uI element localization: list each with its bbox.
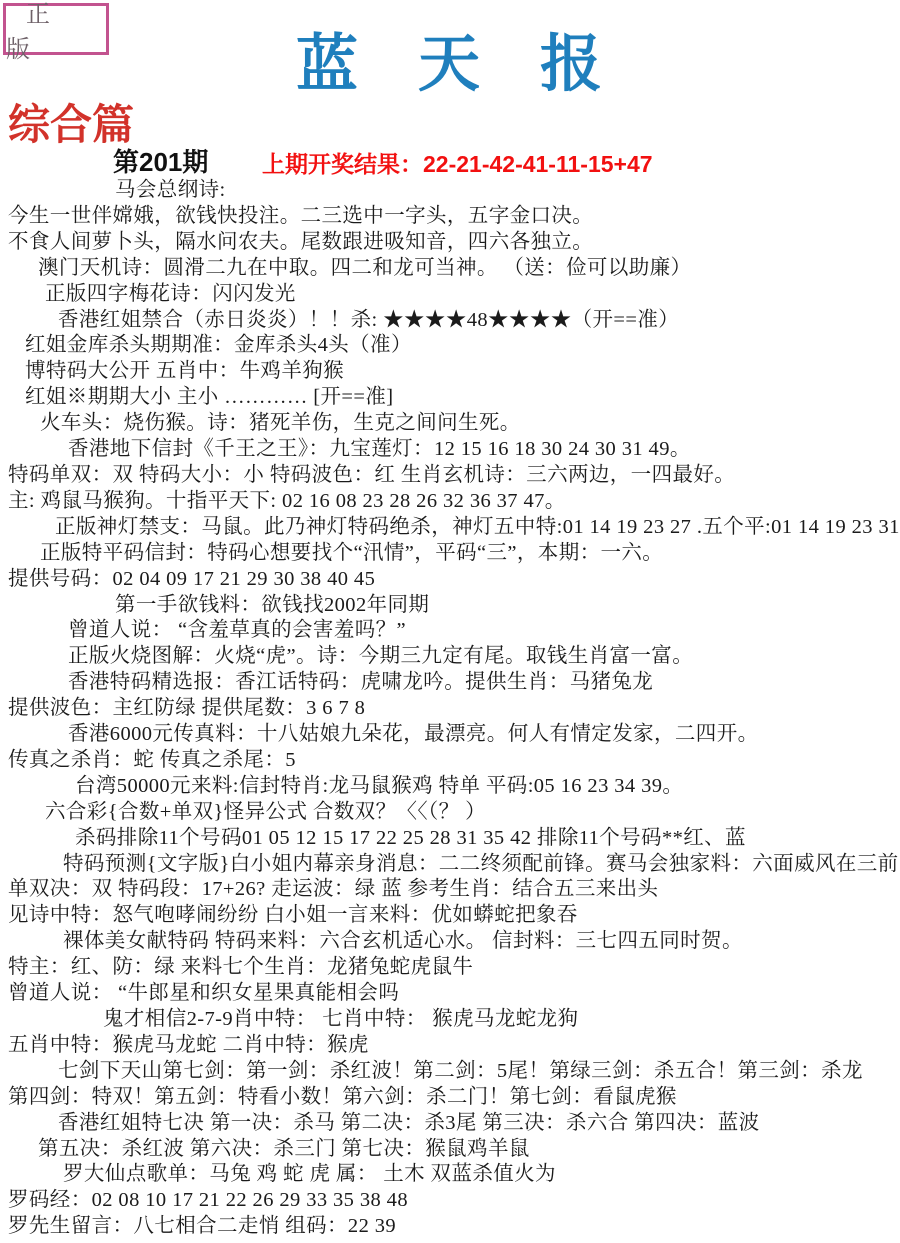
report-line: 裸体美女献特码 特码来料：六合玄机适心水。 信封料：三七四五同时贺。	[8, 929, 900, 955]
report-line: 正版火烧图解：火烧“虎”。诗：今期三九定有尾。取钱生肖富一富。	[8, 644, 900, 670]
report-line: 正版四字梅花诗：闪闪发光	[8, 282, 900, 308]
report-line: 马会总纲诗:	[8, 178, 900, 204]
report-line: 香港6000元传真料：十八姑娘九朵花，最漂亮。何人有情定发家，二四开。	[8, 722, 900, 748]
report-line: 提供号码：02 04 09 17 21 29 30 38 40 45	[8, 567, 900, 593]
report-line: 香港地下信封《千王之王》：九宝莲灯：12 15 16 18 30 24 30 3…	[8, 437, 900, 463]
report-line: 罗码经：02 08 10 17 21 22 26 29 33 35 38 48	[8, 1188, 900, 1214]
report-line: 七剑下天山第七剑：第一剑：杀红波！第二剑：5尾！第绿三剑：杀五合！第三剑：杀龙	[8, 1059, 900, 1085]
issue-number: 第201期	[113, 142, 208, 179]
last-draw-label: 上期开奖结果：	[262, 151, 423, 177]
report-line: 香港红姐禁合（赤日炎炎）！！杀: ★★★★48★★★★（开==准）	[8, 308, 900, 334]
report-line: 主: 鸡鼠马猴狗。十指平天下: 02 16 08 23 28 26 32 36 …	[8, 489, 900, 515]
report-line: 提供波色：主红防绿 提供尾数：3 6 7 8	[8, 696, 900, 722]
report-line: 香港特码精选报：香江话特码：虎啸龙吟。提供生肖：马猪兔龙	[8, 670, 900, 696]
report-line: 第五决：杀红波 第六决：杀三门 第七决：猴鼠鸡羊鼠	[8, 1137, 900, 1163]
report-line: 火车头：烧伤猴。诗：猪死羊伤，生克之间问生死。	[8, 411, 900, 437]
report-line: 第四剑：特双！第五剑：特看小数！第六剑：杀二门！第七剑：看鼠虎猴	[8, 1085, 900, 1111]
report-line: 罗大仙点歌单：马兔 鸡 蛇 虎 属： 土木 双蓝杀值火为	[8, 1162, 900, 1188]
report-line: 澳门天机诗：圆滑二九在中取。四二和龙可当神。 （送：俭可以助廉）	[8, 256, 900, 282]
report-line: 今生一世伴嫦娥，欲钱快投注。二三选中一字头，五字金口决。	[8, 204, 900, 230]
report-line: 特主：红、防：绿 来料七个生肖：龙猪兔蛇虎鼠牛	[8, 955, 900, 981]
report-line: 红姐※期期大小 主小 ………… [开==准]	[8, 385, 900, 411]
masthead-title: 蓝天报	[296, 14, 662, 103]
edition-badge: 正 版	[3, 3, 109, 55]
last-draw-numbers: 22-21-42-41-11-15+47	[423, 151, 653, 177]
report-body: 马会总纲诗:今生一世伴嫦娥，欲钱快投注。二三选中一字头，五字金口决。不食人间萝卜…	[8, 178, 900, 1240]
report-line: 五肖中特：猴虎马龙蛇 二肖中特：猴虎	[8, 1033, 900, 1059]
report-line: 香港红姐特七决 第一决：杀马 第二决：杀3尾 第三决：杀六合 第四决：蓝波	[8, 1111, 900, 1137]
newspaper-page: 正 版 蓝天报 综合篇 第201期 上期开奖结果：22-21-42-41-11-…	[0, 0, 900, 1243]
report-line: 曾道人说： “牛郎星和织女星果真能相会吗	[8, 981, 900, 1007]
report-line: 杀码排除11个号码01 05 12 15 17 22 25 28 31 35 4…	[8, 826, 900, 852]
report-line: 曾道人说： “含羞草真的会害羞吗？”	[8, 618, 900, 644]
report-line: 六合彩{合数+单双}怪异公式 合数双？〈〈（？ ）	[8, 800, 900, 826]
report-line: 特码单双：双 特码大小：小 特码波色：红 生肖玄机诗：三六两边，一四最好。	[8, 463, 900, 489]
issue-row: 第201期 上期开奖结果：22-21-42-41-11-15+47	[0, 142, 900, 176]
report-line: 台湾50000元来料:信封特肖:龙马鼠猴鸡 特单 平码:05 16 23 34 …	[8, 774, 900, 800]
report-line: 不食人间萝卜头，隔水问农夫。尾数跟进吸知音，四六各独立。	[8, 230, 900, 256]
report-line: 单双决：双 特码段：17+26? 走运波：绿 蓝 参考生肖：结合五三来出头	[8, 877, 900, 903]
report-line: 特码预测{文字版}白小姐内幕亲身消息：二二终须配前锋。赛马会独家料：六面威风在三…	[8, 852, 900, 878]
report-line: 见诗中特：怒气咆哮闹纷纷 白小姐一言来料：优如蟒蛇把象吞	[8, 903, 900, 929]
last-draw-result: 上期开奖结果：22-21-42-41-11-15+47	[262, 146, 653, 179]
report-line: 传真之杀肖：蛇 传真之杀尾：5	[8, 748, 900, 774]
report-line: 鬼才相信2-7-9肖中特： 七肖中特： 猴虎马龙蛇龙狗	[8, 1007, 900, 1033]
report-line: 正版特平码信封：特码心想要找个“汛情”，平码“三”，本期：一六。	[8, 541, 900, 567]
report-line: 罗先生留言：八七相合二走悄 组码：22 39	[8, 1214, 900, 1240]
report-line: 红姐金库杀头期期准：金库杀头4头（准）	[8, 333, 900, 359]
edition-badge-text: 正 版	[6, 0, 106, 64]
report-line: 博特码大公开 五肖中：牛鸡羊狗猴	[8, 359, 900, 385]
report-line: 正版神灯禁支：马鼠。此乃神灯特码绝杀，神灯五中特:01 14 19 23 27 …	[8, 515, 900, 541]
report-line: 第一手欲钱料：欲钱找2002年同期	[8, 593, 900, 619]
